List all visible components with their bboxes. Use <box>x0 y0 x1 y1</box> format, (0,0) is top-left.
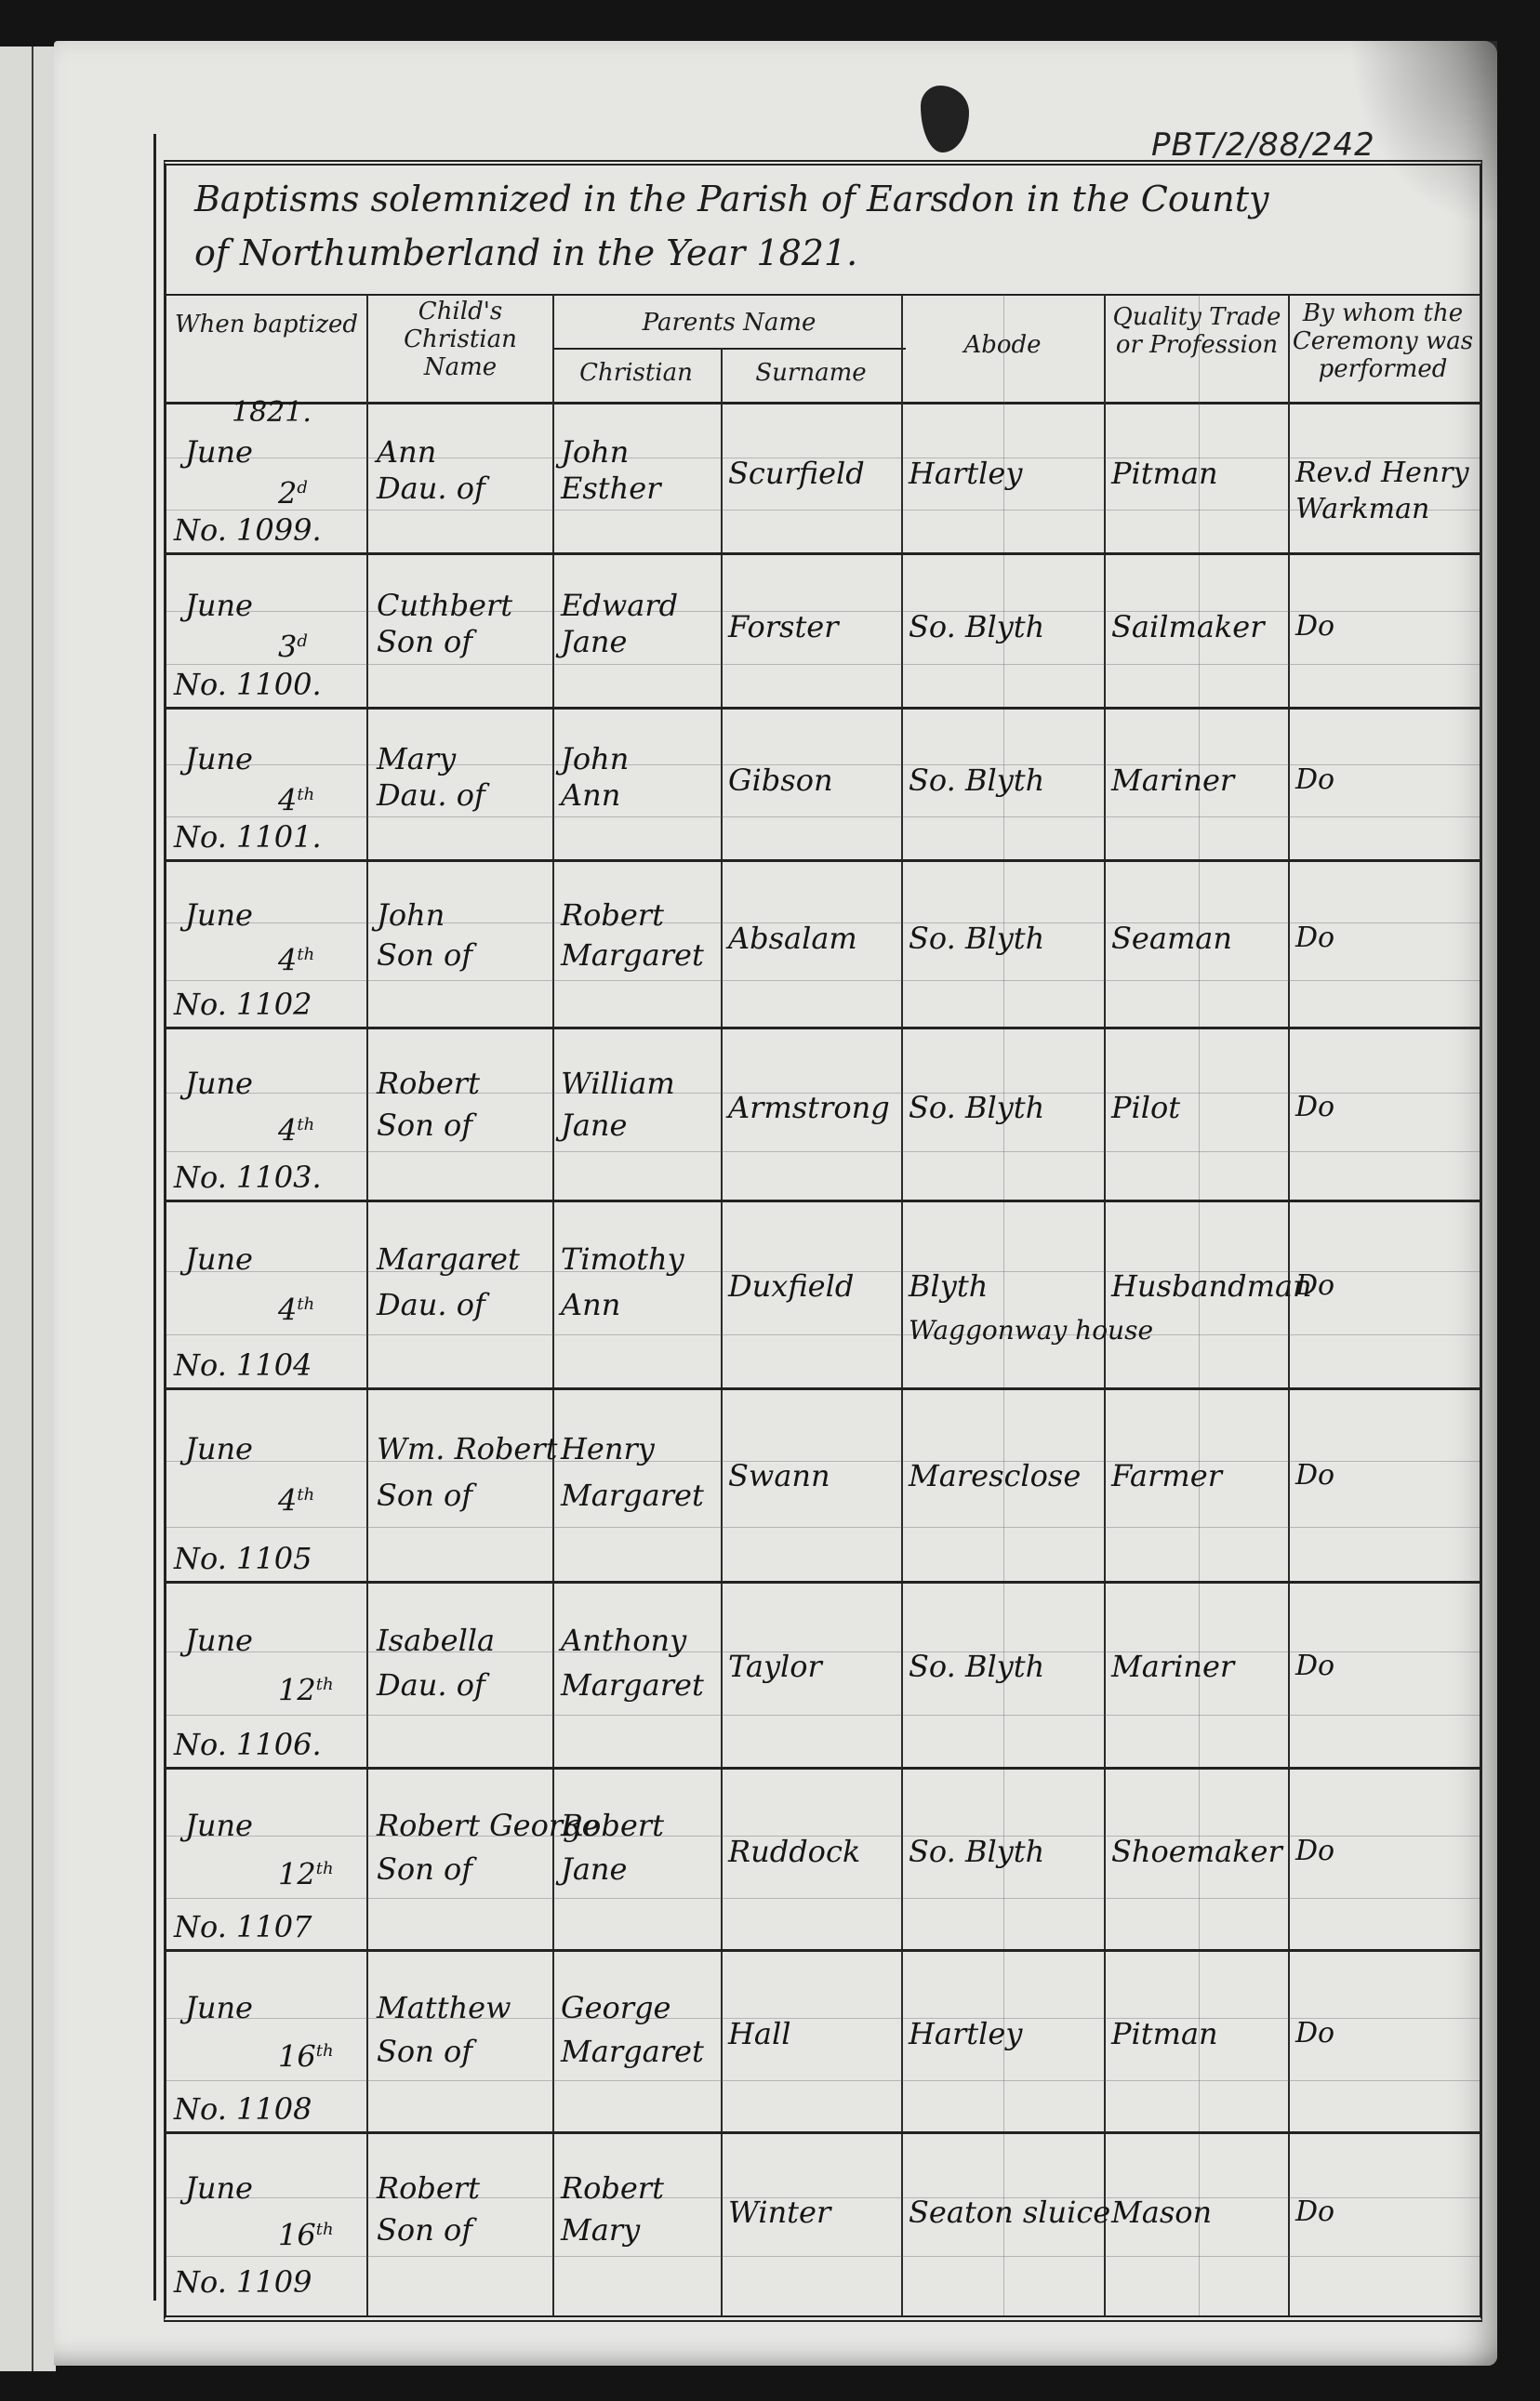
entry-abode: So. Blyth <box>909 920 1044 957</box>
register-entry: June 4th No. 1105 Wm. Robert Son of Henr… <box>166 1387 1480 1584</box>
entry-day: 4th <box>278 1477 314 1519</box>
column-header-row: When baptized Child's Christian Name Par… <box>166 294 1480 405</box>
entry-surname: Gibson <box>728 762 833 799</box>
ruled-line <box>166 980 1480 981</box>
entry-number: No. 1107 <box>174 1908 312 1945</box>
entry-surname: Armstrong <box>728 1089 890 1126</box>
ruled-line <box>166 664 1480 665</box>
entry-trade: Husbandman <box>1111 1267 1312 1305</box>
entry-officiant: Do <box>1295 608 1334 645</box>
entry-day: 4th <box>278 1286 314 1329</box>
entry-surname: Taylor <box>728 1648 822 1685</box>
entry-trade: Seaman <box>1111 920 1232 957</box>
entry-officiant: Do <box>1295 1648 1334 1685</box>
entry-trade: Mariner <box>1111 762 1234 799</box>
header-when-baptized: When baptized <box>166 311 366 338</box>
entry-mother: Esther <box>561 470 660 507</box>
entry-father: Robert <box>561 896 664 934</box>
entry-day: 16th <box>278 2211 334 2254</box>
register-entry: June 12th No. 1107 Robert George Son of … <box>166 1767 1480 1952</box>
entry-mother: Mary <box>561 2211 640 2248</box>
entry-father: George <box>561 1989 670 2026</box>
entry-relation: Son of <box>377 1107 472 1144</box>
entry-child-name: Wm. Robert <box>377 1430 558 1467</box>
entry-abode: Blyth <box>909 1267 988 1305</box>
header-parents-name: Parents Name <box>552 309 906 337</box>
entry-father: William <box>561 1065 675 1102</box>
entry-trade: Farmer <box>1111 1457 1222 1494</box>
ruled-line <box>166 1151 1480 1152</box>
entry-abode: Hartley <box>909 2015 1022 2052</box>
entry-month: June <box>185 1065 253 1102</box>
entry-officiant: Do <box>1295 1089 1334 1126</box>
header-abode: Abode <box>901 331 1104 359</box>
entry-father: Anthony <box>561 1622 686 1659</box>
entry-mother: Jane <box>561 623 627 660</box>
ruled-line <box>166 1334 1480 1335</box>
entry-mother: Margaret <box>561 1477 704 1514</box>
entry-relation: Son of <box>377 623 472 660</box>
register-entry: June 16th No. 1109 Robert Son of Robert … <box>166 2131 1480 2304</box>
entry-father: Robert <box>561 1807 664 1844</box>
entry-child-name: Margaret <box>377 1240 520 1278</box>
header-parents-christian: Christian <box>552 359 720 387</box>
entry-number: No. 1099. <box>174 511 322 549</box>
entry-child-name: Cuthbert <box>377 587 512 624</box>
register-entry: June 4th No. 1101. Mary Dau. of John Ann… <box>166 707 1480 862</box>
register-entry: June 4th No. 1103. Robert Son of William… <box>166 1027 1480 1202</box>
entry-relation: Dau. of <box>377 776 485 814</box>
register-entry: June 4th No. 1102 John Son of Robert Mar… <box>166 859 1480 1029</box>
entry-father: Timothy <box>561 1240 684 1278</box>
entry-month: June <box>185 740 253 777</box>
ruled-line <box>166 1715 1480 1716</box>
entry-day: 3d <box>278 623 308 666</box>
entry-mother: Margaret <box>561 2033 704 2070</box>
entry-child-name: Robert <box>377 2169 480 2207</box>
register-entry: June 16th No. 1108 Matthew Son of George… <box>166 1949 1480 2134</box>
entry-relation: Son of <box>377 936 472 974</box>
entry-day: 4th <box>278 936 314 979</box>
entry-officiant: Rev.d Henry <box>1295 455 1469 492</box>
entry-surname: Absalam <box>728 920 857 957</box>
ruled-line <box>166 1898 1480 1899</box>
register-title: Baptisms solemnized in the Parish of Ear… <box>166 166 1480 294</box>
entry-child-name: John <box>377 896 445 934</box>
entry-child-name: Isabella <box>377 1622 495 1659</box>
entry-officiant: Do <box>1295 2015 1334 2052</box>
entry-month: June <box>185 1622 253 1659</box>
ruled-line <box>166 2018 1480 2019</box>
register-entry: June 3d No. 1100. Cuthbert Son of Edward… <box>166 552 1480 710</box>
header-by-whom: By whom the Ceremony was performed <box>1290 299 1476 383</box>
entry-abode: Hartley <box>909 455 1022 492</box>
entry-month: June <box>185 433 253 471</box>
entry-number: No. 1105 <box>174 1540 312 1577</box>
entry-mother: Jane <box>561 1850 627 1888</box>
entry-officiant: Do <box>1295 1457 1334 1494</box>
entry-mother: Ann <box>561 776 620 814</box>
ruled-line <box>166 816 1480 817</box>
entry-officiant: Do <box>1295 1833 1334 1870</box>
entry-relation: Son of <box>377 1477 472 1514</box>
entry-day: 4th <box>278 1107 314 1149</box>
register-page: PBT/2/88/242 Baptisms solemnized in the … <box>54 41 1497 2366</box>
entry-child-name: Mary <box>377 740 456 777</box>
header-quality-trade: Quality Trade or Profession <box>1106 303 1288 359</box>
entry-officiant: Do <box>1295 920 1334 957</box>
entry-month: June <box>185 1430 253 1467</box>
entry-month: June <box>185 1989 253 2026</box>
entry-year-note: 1821. <box>232 394 312 431</box>
entry-relation: Son of <box>377 1850 472 1888</box>
entry-day: 12th <box>278 1850 334 1893</box>
register-entry: June 12th No. 1106. Isabella Dau. of Ant… <box>166 1581 1480 1770</box>
entry-child-name: Matthew <box>377 1989 511 2026</box>
entry-day: 12th <box>278 1666 334 1709</box>
entry-abode: Maresclose <box>909 1457 1081 1494</box>
entry-number: No. 1103. <box>174 1159 322 1196</box>
entry-mother: Jane <box>561 1107 627 1144</box>
entry-relation: Dau. of <box>377 470 485 507</box>
entry-month: June <box>185 896 253 934</box>
baptism-register-table: Baptisms solemnized in the Parish of Ear… <box>164 160 1482 2322</box>
entry-number: No. 1101. <box>174 818 322 856</box>
entry-abode: So. Blyth <box>909 1089 1044 1126</box>
entry-abode: So. Blyth <box>909 1833 1044 1870</box>
entry-mother: Ann <box>561 1286 620 1323</box>
ruled-line <box>166 1652 1480 1652</box>
entry-surname: Ruddock <box>728 1833 860 1870</box>
ink-blot <box>921 86 969 153</box>
entry-surname: Swann <box>728 1457 830 1494</box>
entry-number: No. 1108 <box>174 2090 312 2128</box>
entry-trade: Pilot <box>1111 1089 1180 1126</box>
entry-trade: Mariner <box>1111 1648 1234 1685</box>
entry-month: June <box>185 587 253 624</box>
entry-trade: Mason <box>1111 2194 1212 2231</box>
entry-abode: Seaton sluice <box>909 2194 1110 2231</box>
page-fold <box>32 46 33 2371</box>
entry-abode-extra: Waggonway house <box>909 1312 1153 1349</box>
entry-number: No. 1109 <box>174 2263 312 2301</box>
entry-surname: Hall <box>728 2015 790 2052</box>
title-line-2: of Northumberland in the Year 1821. <box>194 232 857 273</box>
entry-mother: Margaret <box>561 936 704 974</box>
entry-father: John <box>561 433 629 471</box>
entry-father: Henry <box>561 1430 655 1467</box>
entry-trade: Pitman <box>1111 2015 1218 2052</box>
entry-father: Edward <box>561 587 678 624</box>
entry-day: 16th <box>278 2033 334 2076</box>
entry-abode: So. Blyth <box>909 1648 1044 1685</box>
entry-month: June <box>185 1807 253 1844</box>
margin-rule <box>153 134 156 2301</box>
ruled-line <box>166 510 1480 511</box>
entry-surname: Duxfield <box>728 1267 854 1305</box>
parents-subheader-rule <box>552 348 906 350</box>
register-entry: June 2d No. 1099. Ann Dau. of John Esthe… <box>166 400 1480 555</box>
entry-father: Robert <box>561 2169 664 2207</box>
previous-page-edge <box>0 46 56 2371</box>
entry-trade: Pitman <box>1111 455 1218 492</box>
entry-officiant: Do <box>1295 762 1334 799</box>
entry-number: No. 1100. <box>174 666 322 703</box>
entry-month: June <box>185 2169 253 2207</box>
register-entry: June 4th No. 1104 Margaret Dau. of Timot… <box>166 1200 1480 1390</box>
entry-surname: Scurfield <box>728 455 865 492</box>
entry-father: John <box>561 740 629 777</box>
entry-number: No. 1104 <box>174 1346 312 1384</box>
entry-surname: Forster <box>728 608 839 645</box>
title-line-1: Baptisms solemnized in the Parish of Ear… <box>194 179 1268 219</box>
entry-relation: Dau. of <box>377 1286 485 1323</box>
entry-mother: Margaret <box>561 1666 704 1704</box>
entry-number: No. 1102 <box>174 986 312 1023</box>
entry-number: No. 1106. <box>174 1726 322 1763</box>
entry-relation: Son of <box>377 2033 472 2070</box>
entry-child-name: Robert <box>377 1065 480 1102</box>
entry-trade: Sailmaker <box>1111 608 1265 645</box>
entry-officiant: Do <box>1295 2194 1334 2231</box>
entry-day: 2d <box>278 470 308 512</box>
entry-relation: Dau. of <box>377 1666 485 1704</box>
ruled-line <box>166 2256 1480 2257</box>
entry-trade: Shoemaker <box>1111 1833 1282 1870</box>
ruled-line <box>166 1527 1480 1528</box>
entry-abode: So. Blyth <box>909 608 1044 645</box>
ruled-line <box>166 2080 1480 2081</box>
entry-officiant: Do <box>1295 1267 1334 1305</box>
entry-month: June <box>185 1240 253 1278</box>
entry-relation: Son of <box>377 2211 472 2248</box>
entry-day: 4th <box>278 776 314 819</box>
entry-abode: So. Blyth <box>909 762 1044 799</box>
header-parents-surname: Surname <box>723 359 899 387</box>
reference-number: PBT/2/88/242 <box>1151 126 1375 164</box>
entry-officiant-extra: Warkman <box>1295 491 1429 528</box>
header-childs-christian-name: Child's Christian Name <box>368 298 552 381</box>
entry-child-name: Ann <box>377 433 436 471</box>
entry-surname: Winter <box>728 2194 830 2231</box>
